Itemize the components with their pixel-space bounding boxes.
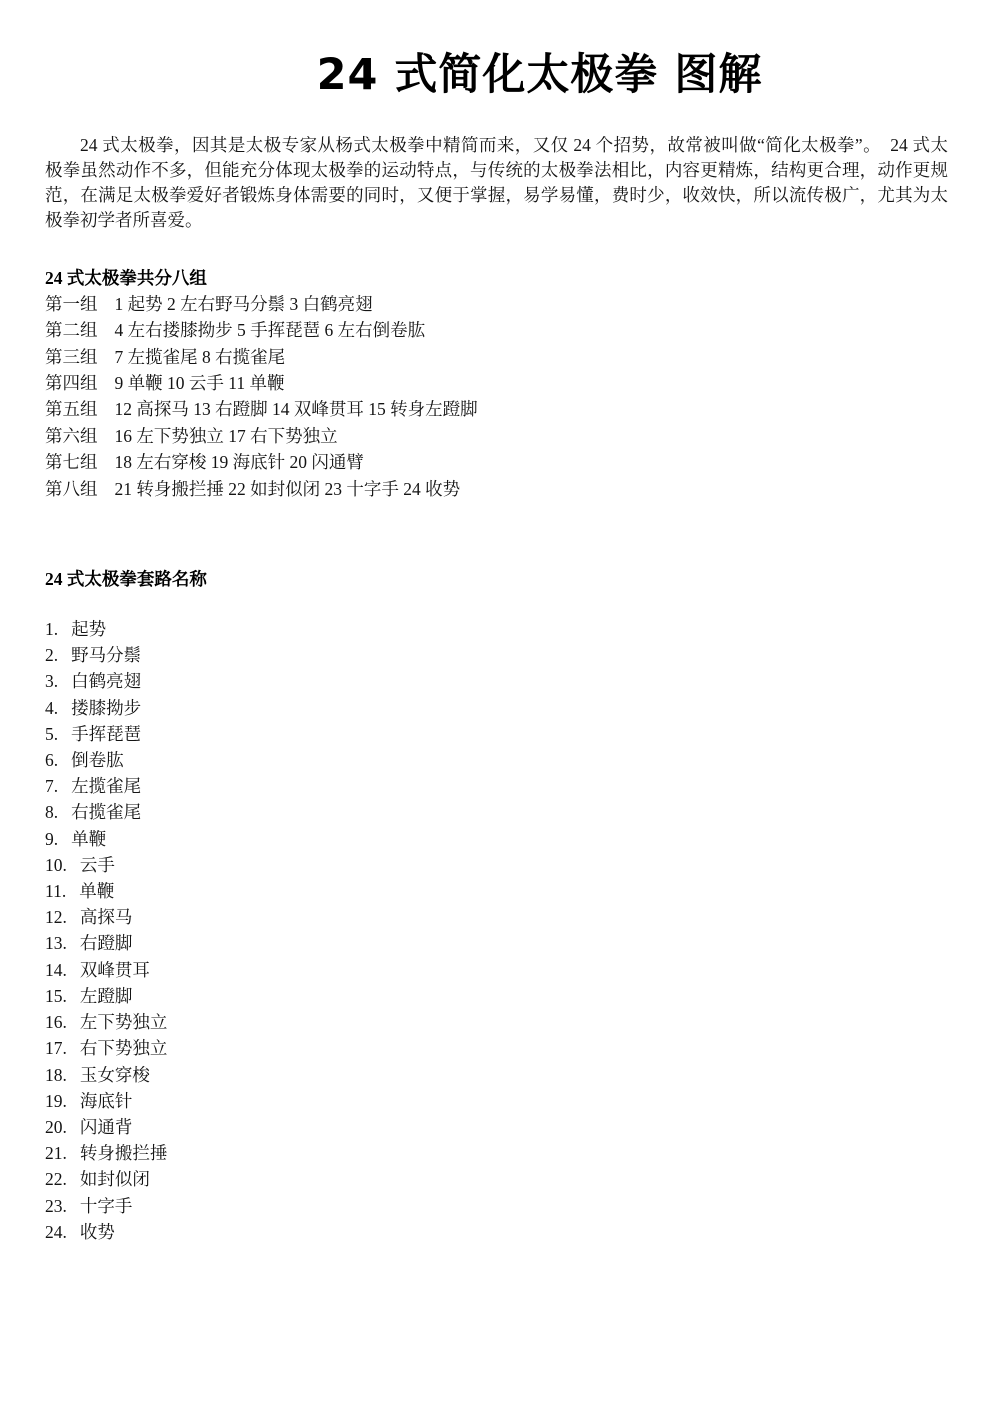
intro-paragraph: 24 式太极拳，因其是太极专家从杨式太极拳中精简而来，又仅 24 个招势，故常被… bbox=[45, 133, 948, 233]
intro-line: 极拳初学者所喜爱。 bbox=[45, 208, 948, 233]
list-item-number: 24. bbox=[45, 1219, 67, 1245]
group-label: 第五组 bbox=[45, 396, 98, 422]
list-item-name: 云手 bbox=[80, 855, 115, 875]
list-item: 18.玉女穿梭 bbox=[45, 1062, 948, 1088]
list-item-number: 14. bbox=[45, 957, 67, 983]
list-item: 21.转身搬拦捶 bbox=[45, 1140, 948, 1166]
group-row: 第五组12 高探马 13 右蹬脚 14 双峰贯耳 15 转身左蹬脚 bbox=[45, 396, 948, 422]
list-item-number: 11. bbox=[45, 878, 66, 904]
groups-list: 第一组1 起势 2 左右野马分鬃 3 白鹤亮翅 第二组4 左右搂膝拗步 5 手挥… bbox=[45, 291, 948, 502]
list-item-number: 4. bbox=[45, 695, 58, 721]
group-content: 7 左揽雀尾 8 右揽雀尾 bbox=[115, 347, 286, 367]
list-item-number: 2. bbox=[45, 642, 58, 668]
list-item: 19.海底针 bbox=[45, 1088, 948, 1114]
list-item-name: 海底针 bbox=[80, 1091, 133, 1111]
list-item: 16.左下势独立 bbox=[45, 1009, 948, 1035]
list-item: 14.双峰贯耳 bbox=[45, 957, 948, 983]
list-item-number: 3. bbox=[45, 668, 58, 694]
list-item-name: 如封似闭 bbox=[80, 1169, 150, 1189]
document-page: 24 式简化太极拳 图解 24 式太极拳，因其是太极专家从杨式太极拳中精简而来，… bbox=[0, 0, 993, 1404]
group-row: 第三组7 左揽雀尾 8 右揽雀尾 bbox=[45, 344, 948, 370]
list-item-number: 21. bbox=[45, 1140, 67, 1166]
group-content: 16 左下势独立 17 右下势独立 bbox=[115, 426, 338, 446]
list-item: 10.云手 bbox=[45, 852, 948, 878]
list-item-number: 23. bbox=[45, 1193, 67, 1219]
group-content: 1 起势 2 左右野马分鬃 3 白鹤亮翅 bbox=[115, 294, 373, 314]
list-item-number: 20. bbox=[45, 1114, 67, 1140]
group-row: 第一组1 起势 2 左右野马分鬃 3 白鹤亮翅 bbox=[45, 291, 948, 317]
list-item-name: 单鞭 bbox=[71, 829, 106, 849]
list-item-name: 手挥琵琶 bbox=[71, 724, 141, 744]
list-item-name: 玉女穿梭 bbox=[80, 1065, 150, 1085]
intro-line: 极拳虽然动作不多，但能充分体现太极拳的运动特点，与传统的太极拳法相比，内容更精炼… bbox=[45, 158, 948, 183]
list-item-name: 右下势独立 bbox=[80, 1038, 168, 1058]
group-content: 21 转身搬拦捶 22 如封似闭 23 十字手 24 收势 bbox=[115, 479, 461, 499]
group-row: 第六组16 左下势独立 17 右下势独立 bbox=[45, 423, 948, 449]
list-item: 23.十字手 bbox=[45, 1193, 948, 1219]
group-label: 第八组 bbox=[45, 476, 98, 502]
list-item: 22.如封似闭 bbox=[45, 1166, 948, 1192]
list-item-number: 10. bbox=[45, 852, 67, 878]
list-item: 1.起势 bbox=[45, 616, 948, 642]
list-item: 24.收势 bbox=[45, 1219, 948, 1245]
list-item: 12.高探马 bbox=[45, 904, 948, 930]
document-content: 24 式简化太极拳 图解 24 式太极拳，因其是太极专家从杨式太极拳中精简而来，… bbox=[0, 46, 993, 1245]
list-item-number: 5. bbox=[45, 721, 58, 747]
list-item-number: 22. bbox=[45, 1166, 67, 1192]
list-item-name: 单鞭 bbox=[79, 881, 114, 901]
list-item-name: 白鹤亮翅 bbox=[71, 671, 141, 691]
list-item-number: 12. bbox=[45, 904, 67, 930]
list-item-name: 搂膝拗步 bbox=[71, 698, 141, 718]
group-label: 第四组 bbox=[45, 370, 98, 396]
group-label: 第七组 bbox=[45, 449, 98, 475]
group-content: 9 单鞭 10 云手 11 单鞭 bbox=[115, 373, 285, 393]
list-item: 8.右揽雀尾 bbox=[45, 799, 948, 825]
list-item: 9.单鞭 bbox=[45, 826, 948, 852]
page-title: 24 式简化太极拳 图解 bbox=[45, 46, 948, 104]
list-item: 15.左蹬脚 bbox=[45, 983, 948, 1009]
forms-list: 1.起势 2.野马分鬃 3.白鹤亮翅 4.搂膝拗步 5.手挥琵琶 6.倒卷肱 7… bbox=[45, 616, 948, 1245]
list-item: 17.右下势独立 bbox=[45, 1035, 948, 1061]
list-item-name: 倒卷肱 bbox=[71, 750, 124, 770]
list-item-name: 右蹬脚 bbox=[80, 933, 133, 953]
list-item: 4.搂膝拗步 bbox=[45, 695, 948, 721]
group-row: 第八组21 转身搬拦捶 22 如封似闭 23 十字手 24 收势 bbox=[45, 476, 948, 502]
list-item-number: 13. bbox=[45, 930, 67, 956]
groups-section-heading: 24 式太极拳共分八组 bbox=[45, 265, 948, 291]
group-label: 第二组 bbox=[45, 317, 98, 343]
list-item: 7.左揽雀尾 bbox=[45, 773, 948, 799]
group-content: 4 左右搂膝拗步 5 手挥琵琶 6 左右倒卷肱 bbox=[115, 320, 426, 340]
list-item-name: 左蹬脚 bbox=[80, 986, 133, 1006]
list-item-name: 双峰贯耳 bbox=[80, 960, 150, 980]
group-content: 18 左右穿梭 19 海底针 20 闪通臂 bbox=[115, 452, 364, 472]
list-item-number: 9. bbox=[45, 826, 58, 852]
intro-line: 24 式太极拳，因其是太极专家从杨式太极拳中精简而来，又仅 24 个招势，故常被… bbox=[45, 133, 948, 158]
group-row: 第四组9 单鞭 10 云手 11 单鞭 bbox=[45, 370, 948, 396]
list-item: 3.白鹤亮翅 bbox=[45, 668, 948, 694]
list-item: 2.野马分鬃 bbox=[45, 642, 948, 668]
list-item-number: 6. bbox=[45, 747, 58, 773]
forms-section-heading: 24 式太极拳套路名称 bbox=[45, 566, 948, 592]
group-label: 第三组 bbox=[45, 344, 98, 370]
list-item: 5.手挥琵琶 bbox=[45, 721, 948, 747]
list-item-name: 收势 bbox=[80, 1222, 115, 1242]
list-item-name: 右揽雀尾 bbox=[71, 802, 141, 822]
list-item: 11.单鞭 bbox=[45, 878, 948, 904]
list-item: 6.倒卷肱 bbox=[45, 747, 948, 773]
group-label: 第六组 bbox=[45, 423, 98, 449]
list-item-number: 18. bbox=[45, 1062, 67, 1088]
list-item-name: 闪通背 bbox=[80, 1117, 133, 1137]
list-item-number: 19. bbox=[45, 1088, 67, 1114]
list-item: 13.右蹬脚 bbox=[45, 930, 948, 956]
group-row: 第七组18 左右穿梭 19 海底针 20 闪通臂 bbox=[45, 449, 948, 475]
list-item-number: 8. bbox=[45, 799, 58, 825]
list-item-name: 左下势独立 bbox=[80, 1012, 168, 1032]
group-label: 第一组 bbox=[45, 291, 98, 317]
list-item-name: 起势 bbox=[71, 619, 106, 639]
list-item-number: 1. bbox=[45, 616, 58, 642]
list-item-number: 15. bbox=[45, 983, 67, 1009]
list-item-name: 高探马 bbox=[80, 907, 133, 927]
list-item-number: 17. bbox=[45, 1035, 67, 1061]
list-item-name: 野马分鬃 bbox=[71, 645, 141, 665]
group-content: 12 高探马 13 右蹬脚 14 双峰贯耳 15 转身左蹬脚 bbox=[115, 399, 478, 419]
list-item-name: 十字手 bbox=[80, 1196, 133, 1216]
list-item-number: 16. bbox=[45, 1009, 67, 1035]
intro-line: 范，在满足太极拳爱好者锻炼身体需要的同时，又便于掌握，易学易懂，费时少，收效快，… bbox=[45, 183, 948, 208]
list-item-name: 左揽雀尾 bbox=[71, 776, 141, 796]
list-item-number: 7. bbox=[45, 773, 58, 799]
group-row: 第二组4 左右搂膝拗步 5 手挥琵琶 6 左右倒卷肱 bbox=[45, 317, 948, 343]
list-item-name: 转身搬拦捶 bbox=[80, 1143, 168, 1163]
list-item: 20.闪通背 bbox=[45, 1114, 948, 1140]
